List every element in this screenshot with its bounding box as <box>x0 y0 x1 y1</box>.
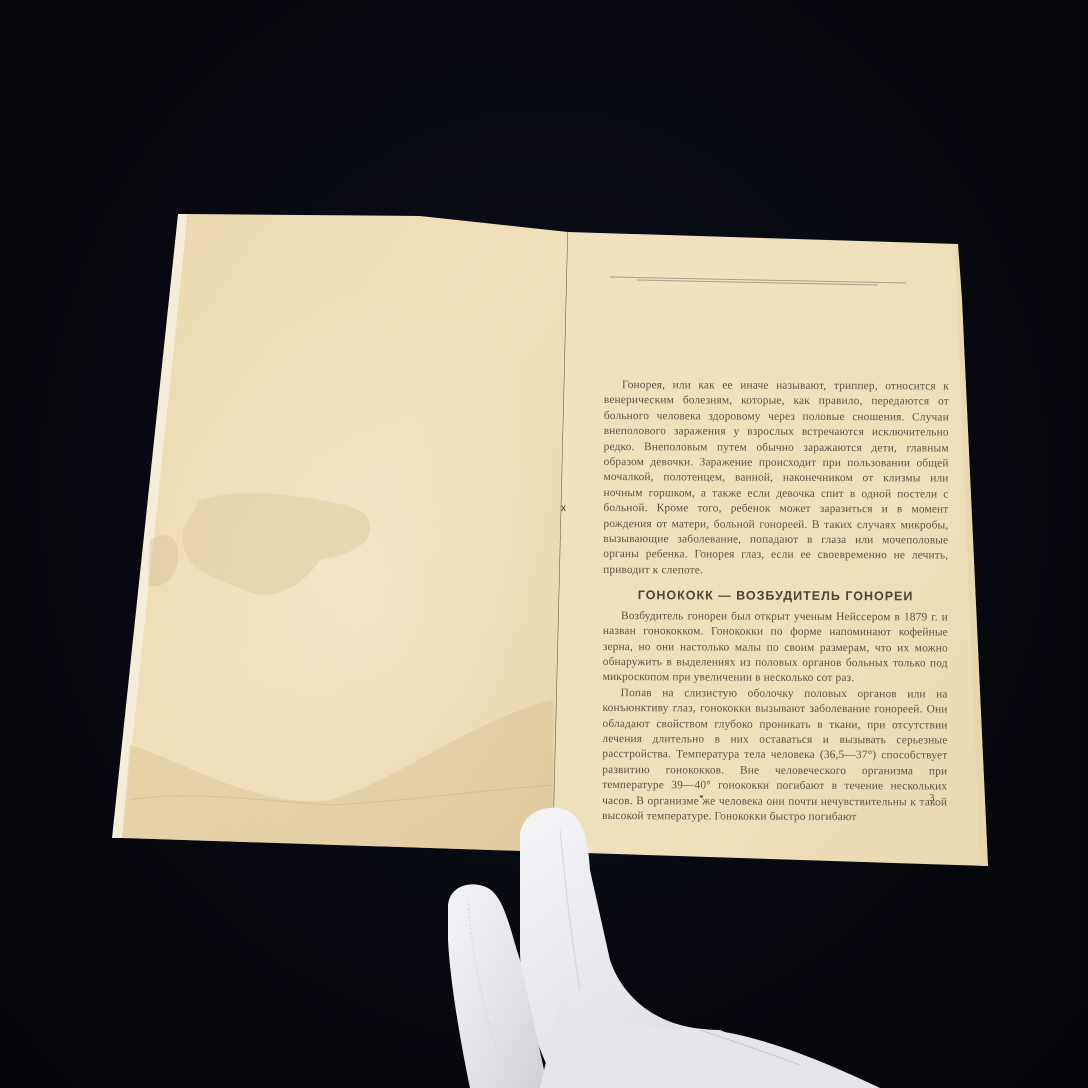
white-glove-hand <box>0 0 1088 1088</box>
